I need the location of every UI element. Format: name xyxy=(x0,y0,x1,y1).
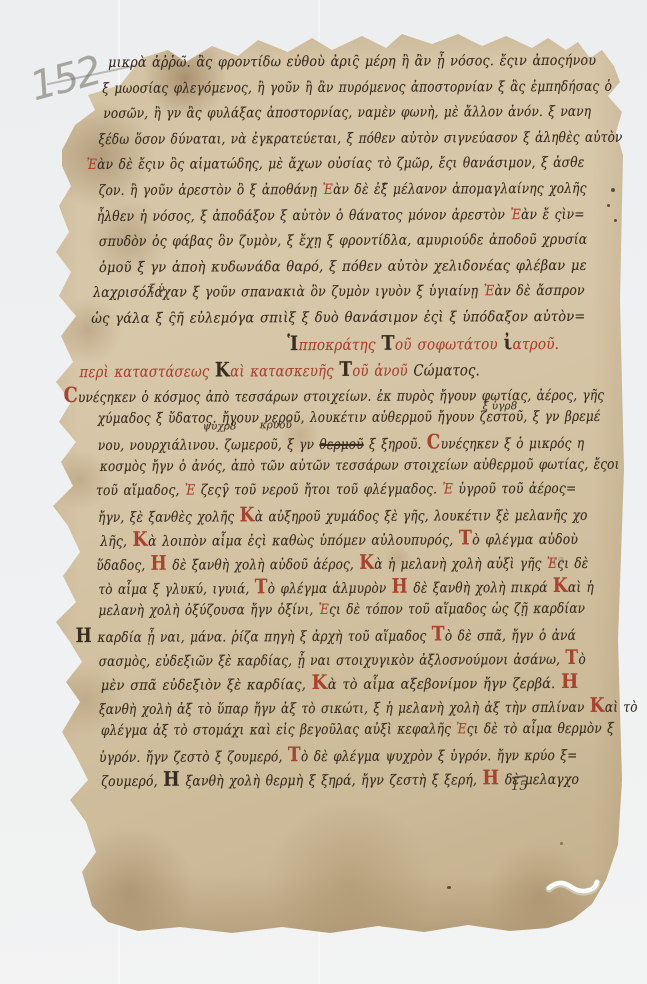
rubric-initial: Τ xyxy=(255,574,268,598)
ink-text: αὶ τὸ xyxy=(605,700,638,716)
rubric-initial: πποκράτης xyxy=(299,336,382,354)
rubric-initial: Κ xyxy=(312,670,328,694)
manuscript-line: λαχρισόλαχαν ξ γοῦν σπανακιὰ ὃν ζυμὸν ιγ… xyxy=(93,279,585,307)
ink-text: ξανθὴ χολὴ ἀξ τὸ ὕπαρ ἤγν ἀξ τὸ σικώτι, … xyxy=(99,700,590,718)
ink-text: ὰ αὐξηροῦ χυμάδος ξὲ γῆς, λουκέτιν ξὲ με… xyxy=(255,508,588,525)
manuscript-line: Ἐὰν δὲ ἔςιν ὃς αἱματώδης, μὲ ἄχων οὐσίας… xyxy=(87,151,585,179)
rubric-initial: Τ xyxy=(432,621,445,645)
manuscript-line: σπυδὸν ὀς φάβας ὃν ζυμὸν, ξ ἔχῃ ξ φροντί… xyxy=(99,228,585,256)
rubric-initial: Ἐ xyxy=(443,481,454,497)
rubric-initial: Ἐ xyxy=(456,721,467,737)
ink-text: ξ ξηροῦ. xyxy=(364,437,427,453)
ink-text: καρδία ᾖ ναι, μάνα. ῥίζα πηγὴ ξ ἀρχὴ τοῦ… xyxy=(92,629,432,646)
manuscript-line: τοῦ αἵμαδος, Ἐ ζεςγ̑ τοῦ νεροῦ ἤτοι τοῦ … xyxy=(96,477,576,503)
rubric-initial: περὶ καταστάσεως xyxy=(79,362,215,381)
rubric-initial: Η xyxy=(392,574,409,598)
ink-text: ὰν ἔ ςὶν= xyxy=(521,206,585,222)
paper-speck xyxy=(607,204,610,207)
manuscript-line: ξανθὴ χολὴ ἀξ τὸ ὕπαρ ἤγν ἀξ τὸ σικώτι, … xyxy=(99,693,577,719)
manuscript-line: τὸ αἷμα ξ γλυκύ, ιγυιά, Τὸ φλέγμα ἁλμυρὸ… xyxy=(98,573,576,599)
manuscript-line: κοσμὸς ἤγν ὁ ἀνός, ἀπὸ τῶν αὐτῶν τεσσάρω… xyxy=(100,453,576,479)
ink-text: Ϲ xyxy=(64,382,78,407)
ink-text: ὸ xyxy=(578,652,586,668)
ink-text: Ἱ xyxy=(287,331,298,355)
ink-text: ἤγν, ξὲ ξανθὲς χολῆς xyxy=(98,509,240,526)
ink-text: ὡς γάλα ξ ς̑ῆ εὐλεμόγα σπιὶξ ξ δυὸ θανάσ… xyxy=(91,309,585,327)
ink-text: αὶ ἡ xyxy=(568,580,594,596)
ink-text: ζουμερό, xyxy=(101,774,163,790)
rubric-initial: οῦ σοφωτάτου xyxy=(395,335,504,353)
ink-text: κοσμὸς ἤγν ὁ ἀνός, ἀπὸ τῶν αὐτῶν τεσσάρω… xyxy=(100,457,620,475)
paper-speck xyxy=(447,886,451,889)
ink-text: Η xyxy=(163,767,180,791)
ink-text: ξέδω ὅσον δύναται, νὰ ἐγκρατεύεται, ξ πό… xyxy=(98,129,622,147)
rubric-initial: Τ xyxy=(288,742,301,766)
interlinear-note: ξ ὑ xyxy=(149,283,165,295)
rubric-initial: Ἐ xyxy=(87,157,98,173)
ink-text: θερμοῦ xyxy=(319,437,363,453)
ink-text: χύμαδος ξ ὕδατος. ἤγουν νεροῦ, λουκέτιν … xyxy=(98,409,601,427)
ink-text: ζεςγ̑ τοῦ νεροῦ ἤτοι τοῦ φλέγμαδος. xyxy=(195,481,442,498)
manuscript-line: ξ μωοσίας φλεγόμενος, ἢ γοῦν ἢ ἂν πυρόμε… xyxy=(102,74,584,102)
ink-text: ὸ φλέγμα ἁλμυρὸν xyxy=(268,581,392,598)
ink-text: δὲ ξανθὴ χολὴ πικρά xyxy=(408,580,553,597)
ink-text: ςι δὲ τόπον τοῦ αἵμαδος ὡς ζῇ καρδίαν xyxy=(329,601,585,618)
manuscript-line: ὑγρόν. ἤγν ζεστὸ ξ ζουμερό, Τὸ δὲ φλέγμα… xyxy=(99,741,577,767)
paper-speck xyxy=(560,842,563,845)
ink-text: φλέγμα ἀξ τὸ στομάχι καὶ εἰς βεγοῦλας αὐ… xyxy=(101,721,456,739)
rubric-initial: αὶ κατασκευῆς xyxy=(230,362,339,380)
manuscript-line: μὲν σπᾶ εὐδεξιὸν ξὲ καρδίας, Κὰ τὸ αἷμα … xyxy=(101,669,577,695)
rubric-initial: Ἐ xyxy=(510,207,521,223)
rubric-initial: Ἐ xyxy=(547,556,558,572)
ink-text: ζον. ἢ γοῦν ἀρεστὸν ὃ ξ ἀποθάνῃ xyxy=(99,182,323,199)
ink-text: ξ μωοσίας φλεγόμενος, ἢ γοῦν ἢ ἂν πυρόμε… xyxy=(102,78,612,96)
ink-text: νοσῶν, ἢ γν ἂς φυλάξας ἀποστορνίας, ναμὲ… xyxy=(103,104,591,122)
manuscript-line: ξέδω ὅσον δύναται, νὰ ἐγκρατεύεται, ξ πό… xyxy=(98,126,584,154)
rubric-initial: Η xyxy=(151,551,168,575)
ink-text: ξανθὴ χολὴ θερμὴ ξ ξηρά, ἤγν ζεστὴ ξ ξερ… xyxy=(180,772,483,789)
ink-text: ὸ φλέγμα αὐδοὺ xyxy=(472,532,578,548)
manuscript-line: ἤγν, ξὲ ξανθὲς χολῆς Κὰ αὐξηροῦ χυμάδος … xyxy=(98,501,576,527)
manuscript-line: νοσῶν, ἢ γν ἂς φυλάξας ἀποστορνίας, ναμὲ… xyxy=(103,100,584,128)
rubric-initial: Η xyxy=(482,765,499,789)
rubric-initial: Ϲ xyxy=(427,429,441,453)
rubric-initial: Κ xyxy=(240,502,255,526)
text-block-lower-text: Ϲυνέςηκεν ὁ κόσμος ἀπὸ τεσσάρων στοιχείω… xyxy=(98,381,578,791)
ink-text: ἰ xyxy=(504,330,513,354)
manuscript-line: ὕδαδος, Η δὲ ξανθὴ χολὴ αὐδοῦ ἀέρος, Κὰ … xyxy=(96,549,576,575)
paper-speck xyxy=(614,219,617,222)
ink-text: υνέςηκεν ὁ κόσμος ἀπὸ τεσσάρων στοιχείων… xyxy=(78,388,604,406)
rubric-initial: Τ xyxy=(565,645,578,669)
rubric-initial: Κ xyxy=(359,550,374,574)
ink-text: δὲ ξανθὴ χολὴ αὐδοῦ ἀέρος, xyxy=(167,557,359,574)
ink-text: ὸ δὲ φλέγμα ψυχρὸν ξ ὑγρόν. ἤγν κρύο ξ= xyxy=(301,748,577,765)
rubric-initial: Ἐ xyxy=(322,182,333,198)
paper-thread-fiber xyxy=(544,872,604,902)
manuscript-text-layer: μικρὰ ἀῤῥω̃. ἂς φροντίδω εὐθοὺ ἀρις̑ μέρ… xyxy=(0,0,647,984)
rubric-initial: Κ xyxy=(553,573,568,597)
manuscript-line: μελανὴ χολὴ ὀξύζουσα ἤγν ὀξίνι, Ἐςι δὲ τ… xyxy=(98,597,576,623)
ink-text: νου, νουρχιάλινου. ζωμεροῦ, ξ γν xyxy=(98,437,320,454)
ink-text: Κ xyxy=(215,357,230,381)
rubric-initial: Η xyxy=(561,669,579,693)
manuscript-line: ζον. ἢ γοῦν ἀρεστὸν ὃ ξ ἀποθάνῃ Ἐὰν δὲ ἐ… xyxy=(99,177,585,205)
manuscript-line: περὶ καταστάσεως Καὶ κατασκευῆς Τοῦ ἀνοῦ… xyxy=(79,355,585,383)
ink-text: τοῦ αἵμαδος, xyxy=(96,483,185,499)
manuscript-line: ζουμερό, Η ξανθὴ χολὴ θερμὴ ξ ξηρά, ἤγν … xyxy=(101,765,577,791)
ink-text: Η xyxy=(76,623,93,647)
text-block-upper-text: μικρὰ ἀῤῥω̃. ἂς φροντίδω εὐθοὺ ἀρις̑ μέρ… xyxy=(96,49,585,333)
ink-text: ὰ λοιπὸν αἷμα ἐςὶ καθὼς ὑπόμεν αὐλουπυρό… xyxy=(148,532,459,549)
ink-text: ὸ δὲ σπᾶ, ἤγν ὁ ἀνά xyxy=(445,628,576,645)
interlinear-note: κρυοῦ xyxy=(260,419,292,431)
manuscript-line: ὁμοῦ ξ γν ἀποὴ κυδωνάδα θαρό, ξ πόθεν αὐ… xyxy=(99,254,585,282)
ink-text: ὑγρόν. ἤγν ζεστὸ ξ ζουμερό, xyxy=(99,749,288,766)
ink-text: Τ xyxy=(339,356,352,380)
paper-speck xyxy=(611,188,615,192)
ink-text: ὰν δὲ ἐξ̑ μέλανον ἀπομαγλαίνης χολῆς xyxy=(333,181,587,198)
manuscript-photo: { "document_type": "aged Greek manuscrip… xyxy=(0,0,647,984)
ink-text: ὰ τὸ αἷμα αξεβονίμον ἤγν ζερβά. xyxy=(328,676,561,693)
interlinear-note: ξ ὑγρ8 xyxy=(483,400,518,412)
rubric-initial: Τ xyxy=(459,525,473,549)
rubric-initial: ατροῦ. xyxy=(513,335,560,353)
ink-text: Τ xyxy=(381,331,395,355)
ink-text: ὑγροῦ τοῦ ἀέρος= xyxy=(453,481,576,498)
manuscript-line: νου, νουρχιάλινου. ζωμεροῦ, ξ γν θερμοῦ … xyxy=(98,429,576,455)
rubric-initial: Κ xyxy=(132,527,148,551)
rubric-initial: Ἐ xyxy=(185,483,196,499)
ink-text: σπυδὸν ὀς φάβας ὃν ζυμὸν, ξ ἔχῃ ξ φροντί… xyxy=(99,232,587,250)
ink-text: υνέςηκεν ξ ὁ μικρός η xyxy=(441,436,585,453)
ink-text: Ϲώματος. xyxy=(413,361,480,379)
ink-text: ὕδαδος, xyxy=(96,558,150,574)
quire-signature: 15 xyxy=(511,779,528,794)
rubric-initial: Ἐ xyxy=(319,602,330,618)
ink-text: μὲν σπᾶ εὐδεξιὸν ξὲ καρδίας, xyxy=(101,677,312,694)
ink-text: ὰ ἡ μελανὴ χολὴ αὐξὶ γῆς xyxy=(374,556,546,573)
ink-text: λῆς, xyxy=(100,534,132,550)
rubric-initial: οῦ ἀνοῦ xyxy=(352,361,413,379)
manuscript-line: ὡς γάλα ξ ς̑ῆ εὐλεμόγα σπιὶξ ξ δυὸ θανάσ… xyxy=(91,305,585,333)
rubric-initial: Ἐ xyxy=(484,284,495,300)
text-block-heading: Ἱπποκράτης Τοῦ σοφωτάτου ἰατροῦ.περὶ κατ… xyxy=(97,330,585,383)
manuscript-line: Η καρδία ᾖ ναι, μάνα. ῥίζα πηγὴ ξ ἀρχὴ τ… xyxy=(76,621,577,647)
ink-text: μικρὰ ἀῤῥω̃. ἂς φροντίδω εὐθοὺ ἀρις̑ μέρ… xyxy=(108,53,596,71)
interlinear-note: ψυχρ8 xyxy=(203,420,237,432)
ink-text: μελανὴ χολὴ ὀξύζουσα ἤγν ὀξίνι, xyxy=(98,602,318,619)
ink-text: ςι δὲ τὸ αἷμα θερμὸν ξ xyxy=(467,721,614,738)
manuscript-line: σασμὸς, εὐδεξιῶν ξὲ καρδίας, ᾖ ναι στοιχ… xyxy=(99,645,577,671)
ink-text: ὰν δὲ ἄσπρον xyxy=(494,283,584,299)
ink-text: ἦλθεν ἡ νόσος, ξ ἀποδάξον ξ αὐτὸν ὁ θάνα… xyxy=(97,207,511,225)
ink-text: τὸ αἷμα ξ γλυκύ, ιγυιά, xyxy=(98,581,254,598)
manuscript-line: ἦλθεν ἡ νόσος, ξ ἀποδάξον ξ αὐτὸν ὁ θάνα… xyxy=(97,202,585,230)
manuscript-line: μικρὰ ἀῤῥω̃. ἂς φροντίδω εὐθοὺ ἀρις̑ μέρ… xyxy=(108,49,584,77)
ink-text: σασμὸς, εὐδεξιῶν ξὲ καρδίας, ᾖ ναι στοιχ… xyxy=(99,652,566,670)
ink-text: ὁμοῦ ξ γν ἀποὴ κυδωνάδα θαρό, ξ πόθεν αὐ… xyxy=(99,258,587,276)
manuscript-line: φλέγμα ἀξ τὸ στομάχι καὶ εἰς βεγοῦλας αὐ… xyxy=(101,717,577,743)
manuscript-line: λῆς, Κὰ λοιπὸν αἷμα ἐςὶ καθὼς ὑπόμεν αὐλ… xyxy=(100,525,576,551)
rubric-initial: Κ xyxy=(590,693,605,717)
manuscript-line: Ἱπποκράτης Τοῦ σοφωτάτου ἰατροῦ. xyxy=(287,330,585,357)
ink-text: ςι δὲ xyxy=(557,556,588,572)
ink-text: ὰν δὲ ἔςιν ὃς αἱματώδης, μὲ ἄχων οὐσίας … xyxy=(97,155,584,173)
